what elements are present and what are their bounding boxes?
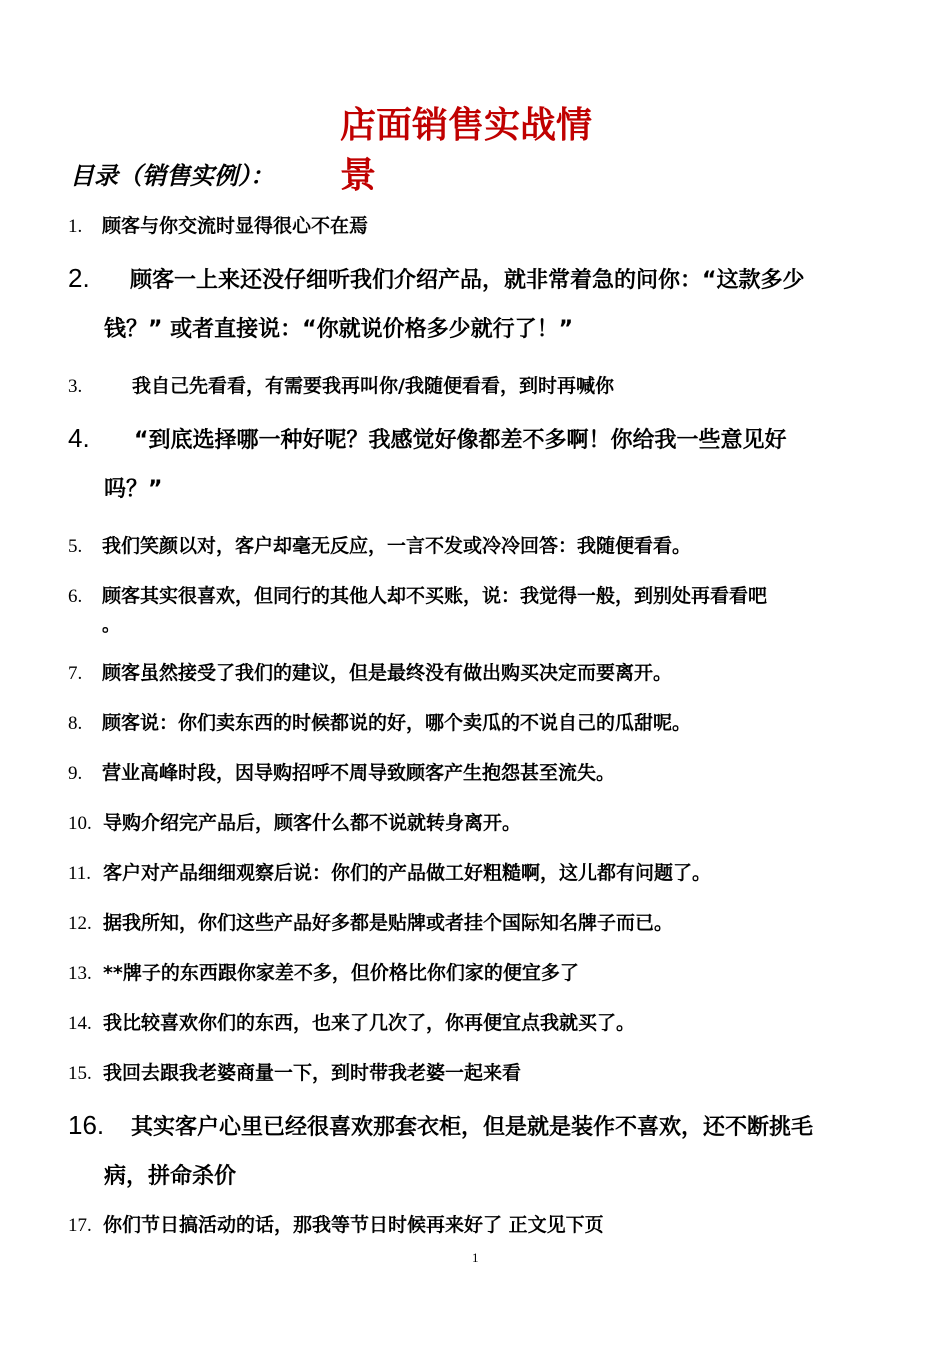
item-text: 营业高峰时段，因导购招呼不周导致顾客产生抱怨甚至流失。: [102, 762, 615, 784]
document-title: 店面销售实战情 景: [340, 101, 640, 201]
toc-item: 13.**牌子的东西跟你家差不多，但价格比你们家的便宜多了: [68, 960, 908, 987]
toc-item: 15.我回去跟我老婆商量一下，到时带我老婆一起来看: [68, 1060, 908, 1087]
toc-item: 1.顾客与你交流时显得很心不在焉: [68, 213, 908, 240]
item-number: 4.: [68, 424, 134, 452]
item-number: 14.: [68, 1011, 103, 1037]
toc-item: 8.顾客说：你们卖东西的时候都说的好，哪个卖瓜的不说自己的瓜甜呢。: [68, 710, 908, 737]
item-text: “到底选择哪一种好呢？我感觉好像都差不多啊！你给我一些意见好: [134, 428, 786, 453]
item-text: 我回去跟我老婆商量一下，到时带我老婆一起来看: [103, 1062, 521, 1084]
toc-item: 3.我自己先看看，有需要我再叫你/我随便看看，到时再喊你: [68, 373, 908, 400]
item-text: 顾客一上来还没仔细听我们介绍产品，就非常着急的问你：“这款多少: [130, 268, 804, 293]
item-number: 8.: [68, 711, 102, 737]
toc-heading: 目录（销售实例）：: [70, 158, 274, 194]
item-text: 你们节日搞活动的话，那我等节日时候再来好了 正文见下页: [103, 1214, 604, 1236]
item-number: 16.: [68, 1111, 131, 1139]
toc-item: 12.据我所知，你们这些产品好多都是贴牌或者挂个国际知名牌子而已。: [68, 910, 908, 937]
title-line-1: 店面销售实战情: [340, 101, 640, 151]
item-number: 10.: [68, 811, 103, 837]
item-text: **牌子的东西跟你家差不多，但价格比你们家的便宜多了: [103, 962, 579, 984]
item-number: 3.: [68, 374, 132, 400]
item-text-continuation: 吗？”: [104, 476, 162, 504]
item-text: 顾客其实很喜欢，但同行的其他人却不买账，说：我觉得一般，到别处再看看吧: [102, 585, 767, 607]
toc-item: 11.客户对产品细细观察后说：你们的产品做工好粗糙啊，这儿都有问题了。: [68, 860, 908, 887]
toc-item: 10.导购介绍完产品后，顾客什么都不说就转身离开。: [68, 810, 908, 837]
item-number: 6.: [68, 584, 102, 610]
toc-item: 6.顾客其实很喜欢，但同行的其他人却不买账，说：我觉得一般，到别处再看看吧 。: [68, 583, 908, 610]
toc-item: 5.我们笑颜以对，客户却毫无反应，一言不发或冷冷回答：我随便看看。: [68, 533, 908, 560]
item-text: 据我所知，你们这些产品好多都是贴牌或者挂个国际知名牌子而已。: [103, 912, 673, 934]
item-number: 9.: [68, 761, 102, 787]
toc-item: 2.顾客一上来还没仔细听我们介绍产品，就非常着急的问你：“这款多少 钱？” 或者…: [68, 264, 908, 295]
item-number: 17.: [68, 1213, 103, 1239]
item-number: 7.: [68, 661, 102, 687]
item-number: 15.: [68, 1061, 103, 1087]
item-number: 11.: [68, 861, 103, 887]
item-text: 导购介绍完产品后，顾客什么都不说就转身离开。: [103, 812, 521, 834]
item-text: 我们笑颜以对，客户却毫无反应，一言不发或冷冷回答：我随便看看。: [102, 535, 691, 557]
toc-item: 4.“到底选择哪一种好呢？我感觉好像都差不多啊！你给我一些意见好 吗？”: [68, 424, 908, 455]
document-page: 店面销售实战情 景 目录（销售实例）： 1.顾客与你交流时显得很心不在焉 2.顾…: [0, 0, 952, 1347]
toc-item: 14.我比较喜欢你们的东西，也来了几次了，你再便宜点我就买了。: [68, 1010, 908, 1037]
item-number: 12.: [68, 911, 103, 937]
toc-item: 17.你们节日搞活动的话，那我等节日时候再来好了 正文见下页: [68, 1212, 908, 1239]
item-number: 13.: [68, 961, 103, 987]
item-text: 顾客说：你们卖东西的时候都说的好，哪个卖瓜的不说自己的瓜甜呢。: [102, 712, 691, 734]
item-text-continuation: 。: [102, 615, 120, 637]
toc-item: 7.顾客虽然接受了我们的建议，但是最终没有做出购买决定而要离开。: [68, 660, 908, 687]
item-number: 5.: [68, 534, 102, 560]
item-text: 其实客户心里已经很喜欢那套衣柜，但是就是装作不喜欢，还不断挑毛: [131, 1115, 813, 1140]
item-text-continuation: 钱？” 或者直接说：“你就说价格多少就行了！”: [104, 316, 573, 344]
item-text: 顾客与你交流时显得很心不在焉: [102, 215, 368, 237]
item-number: 2.: [68, 264, 130, 292]
title-line-2: 景: [340, 151, 640, 201]
page-number: 1: [472, 1250, 479, 1266]
item-text-continuation: 病，拼命杀价: [104, 1163, 236, 1191]
item-text: 顾客虽然接受了我们的建议，但是最终没有做出购买决定而要离开。: [102, 662, 672, 684]
item-text: 客户对产品细细观察后说：你们的产品做工好粗糙啊，这儿都有问题了。: [103, 862, 711, 884]
item-text: 我比较喜欢你们的东西，也来了几次了，你再便宜点我就买了。: [103, 1012, 635, 1034]
item-text: 我自己先看看，有需要我再叫你/我随便看看，到时再喊你: [132, 375, 614, 397]
toc-item: 9.营业高峰时段，因导购招呼不周导致顾客产生抱怨甚至流失。: [68, 760, 908, 787]
item-number: 1.: [68, 214, 102, 240]
toc-item: 16.其实客户心里已经很喜欢那套衣柜，但是就是装作不喜欢，还不断挑毛 病，拼命杀…: [68, 1111, 908, 1142]
